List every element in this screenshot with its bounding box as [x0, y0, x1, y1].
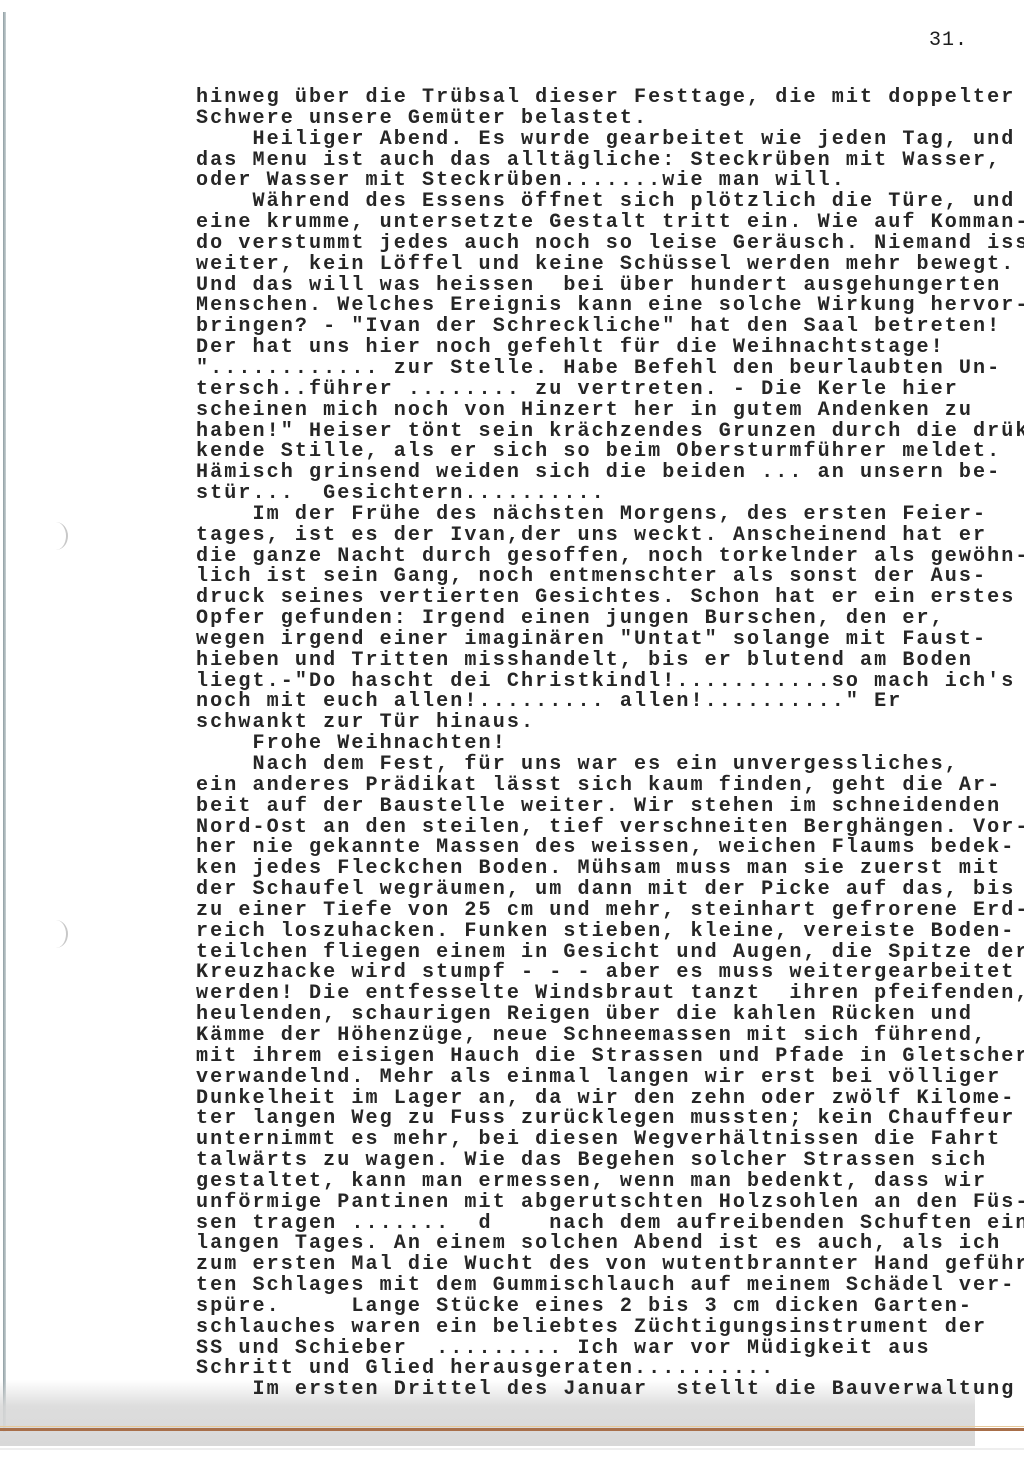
text-line: reich loszuhacken. Funken stieben, klein… [196, 922, 978, 943]
scanned-page: 31. hinweg über die Trübsal dieser Festt… [0, 0, 1024, 1482]
text-line: der Schaufel wegräumen, um dann mit der … [196, 880, 978, 901]
text-line: teilchen fliegen einem in Gesicht und Au… [196, 943, 978, 964]
bottom-rule [0, 1428, 1024, 1431]
text-line: Im ersten Drittel des Januar stellt die … [196, 1380, 978, 1401]
text-line: haben!" Heiser tönt sein krächzendes Gru… [196, 422, 978, 443]
text-line: schwankt zur Tür hinaus. [196, 713, 978, 734]
text-line: unförmige Pantinen mit abgerutschten Hol… [196, 1193, 978, 1214]
text-line: zum ersten Mal die Wucht des von wutentb… [196, 1255, 978, 1276]
text-line: schlauches waren ein beliebtes Züchtigun… [196, 1318, 978, 1339]
text-line: Schritt und Glied herausgeraten.........… [196, 1359, 978, 1380]
text-line: talwärts zu wagen. Wie das Begehen solch… [196, 1151, 978, 1172]
text-line: das Menu ist auch das alltägliche: Steck… [196, 151, 978, 172]
text-line: ter langen Weg zu Fuss zurücklegen musst… [196, 1109, 978, 1130]
text-line: Im der Frühe des nächsten Morgens, des e… [196, 505, 978, 526]
text-line: ein anderes Prädikat lässt sich kaum fin… [196, 776, 978, 797]
bottom-rule-highlight [0, 1426, 1024, 1427]
text-line: weiter, kein Löffel und keine Schüssel w… [196, 255, 978, 276]
text-line: verwandelnd. Mehr als einmal langen wir … [196, 1068, 978, 1089]
text-line: heulenden, schaurigen Reigen über die ka… [196, 1005, 978, 1026]
text-line: Kämme der Höhenzüge, neue Schneemassen m… [196, 1026, 978, 1047]
text-line: ten Schlages mit dem Gummischlauch auf m… [196, 1276, 978, 1297]
text-line: "............ zur Stelle. Habe Befehl de… [196, 359, 978, 380]
text-line: noch mit euch allen!......... allen!....… [196, 692, 978, 713]
text-line: Opfer gefunden: Irgend einen jungen Burs… [196, 609, 978, 630]
text-line: Menschen. Welches Ereignis kann eine sol… [196, 296, 978, 317]
text-line: sen tragen ....... d nach dem aufreibend… [196, 1214, 978, 1235]
text-line: langen Tages. An einem solchen Abend ist… [196, 1234, 978, 1255]
page-edge-line [3, 12, 6, 1432]
text-line: SS und Schieber ......... Ich war vor Mü… [196, 1339, 978, 1360]
text-line: wegen irgend einer imaginären "Untat" so… [196, 630, 978, 651]
text-line: tersch..führer ........ zu vertreten. - … [196, 380, 978, 401]
page-number: 31. [929, 29, 968, 52]
text-line: her nie gekannte Massen des weissen, wei… [196, 838, 978, 859]
bottom-edge [0, 1448, 1024, 1450]
punch-hole-mark [44, 522, 68, 550]
text-line: bringen? - "Ivan der Schreckliche" hat d… [196, 317, 978, 338]
punch-hole-mark [44, 920, 68, 948]
text-line: lich ist sein Gang, noch entmenschter al… [196, 567, 978, 588]
text-line: Heiliger Abend. Es wurde gearbeitet wie … [196, 130, 978, 151]
text-line: Hämisch grinsend weiden sich die beiden … [196, 463, 978, 484]
text-line: tages, ist es der Ivan,der uns weckt. An… [196, 526, 978, 547]
text-line: zu einer Tiefe von 25 cm und mehr, stein… [196, 901, 978, 922]
text-line: Der hat uns hier noch gefehlt für die We… [196, 338, 978, 359]
text-line: liegt.-"Do hascht dei Christkindl!......… [196, 672, 978, 693]
text-line: Dunkelheit im Lager an, da wir den zehn … [196, 1089, 978, 1110]
text-line: kende Stille, als er sich so beim Oberst… [196, 442, 978, 463]
text-line: hinweg über die Trübsal dieser Festtage,… [196, 88, 978, 109]
text-line: stür... Gesichtern.......... [196, 484, 978, 505]
text-line: eine krumme, untersetzte Gestalt tritt e… [196, 213, 978, 234]
text-line: gestaltet, kann man ermessen, wenn man b… [196, 1172, 978, 1193]
text-line: do verstummt jedes auch noch so leise Ge… [196, 234, 978, 255]
text-line: hieben und Tritten misshandelt, bis er b… [196, 651, 978, 672]
typewritten-body-text: hinweg über die Trübsal dieser Festtage,… [196, 88, 978, 1401]
text-line: die ganze Nacht durch gesoffen, noch tor… [196, 547, 978, 568]
text-line: beit auf der Baustelle weiter. Wir stehe… [196, 797, 978, 818]
text-line: spüre. Lange Stücke eines 2 bis 3 cm dic… [196, 1297, 978, 1318]
text-line: Frohe Weihnachten! [196, 734, 978, 755]
text-line: Nach dem Fest, für uns war es ein unverg… [196, 755, 978, 776]
text-line: Schwere unsere Gemüter belastet. [196, 109, 978, 130]
text-line: druck seines vertierten Gesichtes. Schon… [196, 588, 978, 609]
text-line: scheinen mich noch von Hinzert her in gu… [196, 401, 978, 422]
text-line: mit ihrem eisigen Hauch die Strassen und… [196, 1047, 978, 1068]
text-line: Nord-Ost an den steilen, tief verschneit… [196, 818, 978, 839]
text-line: oder Wasser mit Steckrüben.......wie man… [196, 171, 978, 192]
text-line: Und das will was heissen bei über hunder… [196, 276, 978, 297]
text-line: unternimmt es mehr, bei diesen Wegverhäl… [196, 1130, 978, 1151]
text-line: ken jedes Fleckchen Boden. Mühsam muss m… [196, 859, 978, 880]
text-line: Während des Essens öffnet sich plötzlich… [196, 192, 978, 213]
text-line: Kreuzhacke wird stumpf - - - aber es mus… [196, 963, 978, 984]
text-line: werden! Die entfesselte Windsbraut tanzt… [196, 984, 978, 1005]
